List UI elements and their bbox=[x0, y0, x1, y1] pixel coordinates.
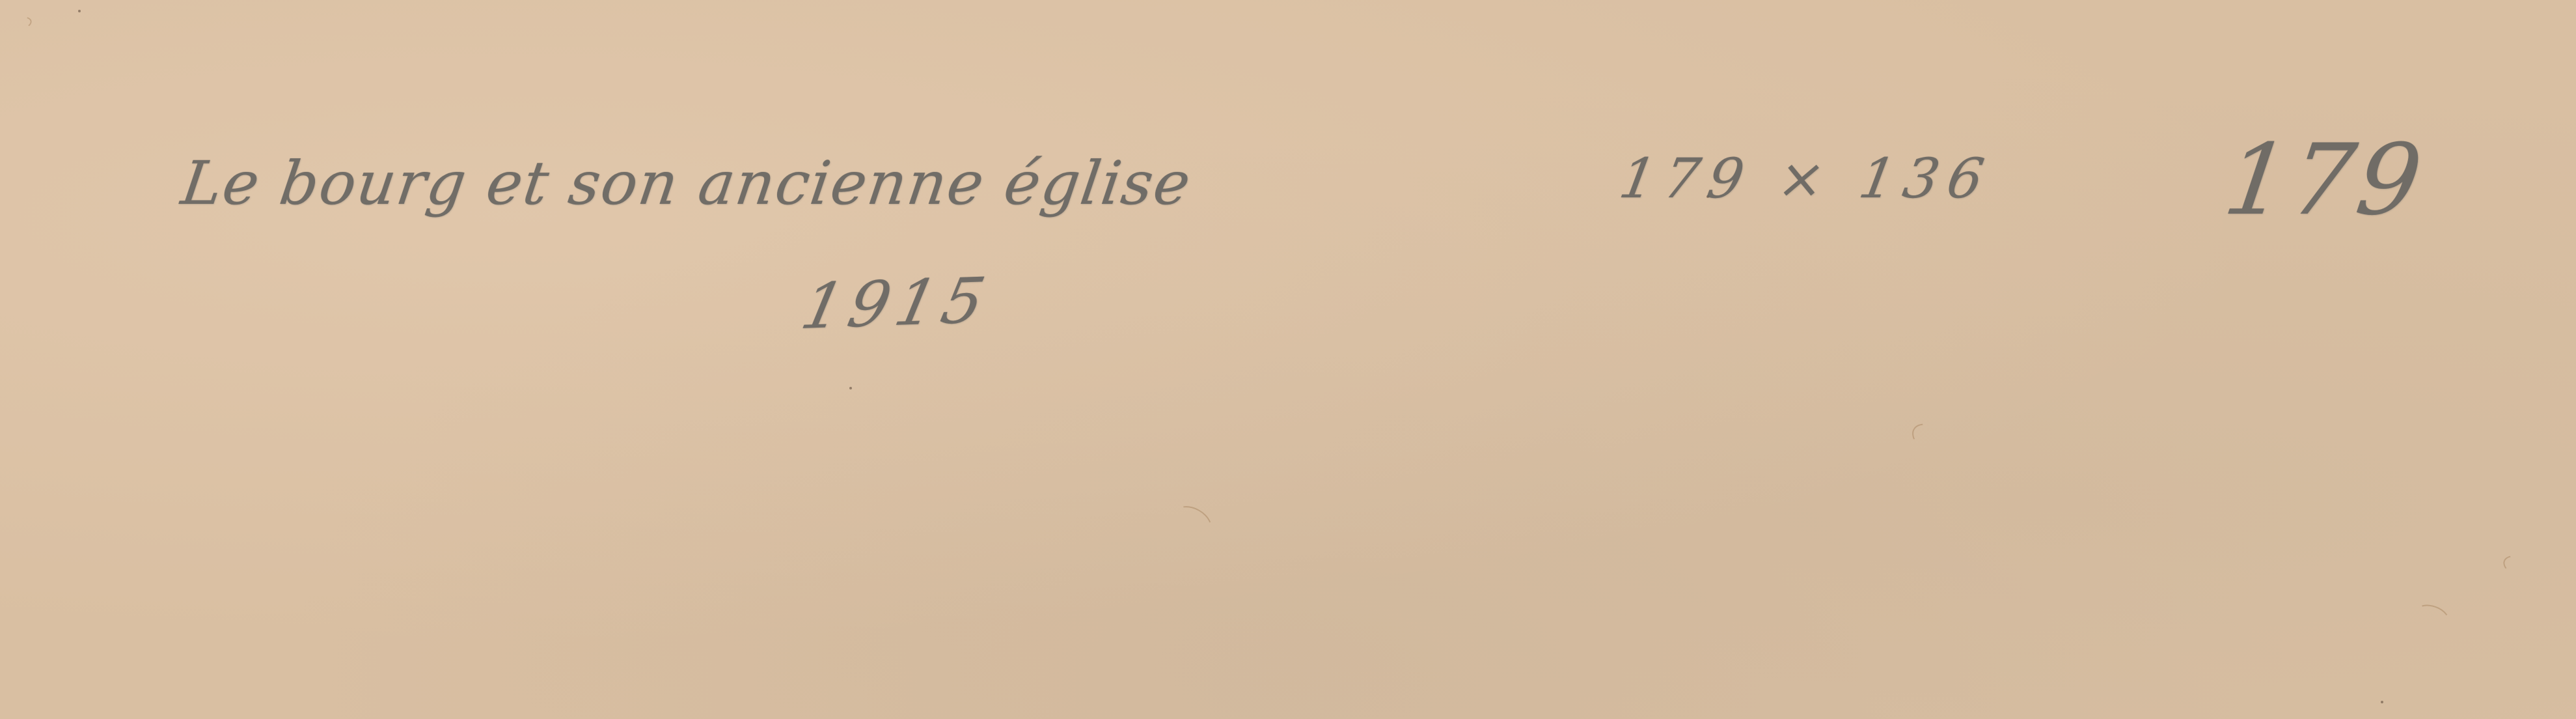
paper-speck bbox=[2381, 701, 2383, 703]
inscription-dimensions: 179 × 136 bbox=[1615, 147, 1997, 210]
paper-fiber bbox=[1906, 416, 1962, 465]
paper-fiber bbox=[2412, 600, 2452, 633]
inscription-title: Le bourg et son ancienne église bbox=[177, 148, 1196, 218]
paper-fiber bbox=[0, 13, 33, 35]
paper-fiber bbox=[2500, 550, 2547, 585]
inscription-year: 1915 bbox=[795, 264, 998, 343]
inscription-catalog-number: 179 bbox=[2218, 124, 2432, 237]
paper-fiber bbox=[1167, 500, 1217, 545]
paper-speck bbox=[78, 10, 81, 12]
paper-speck bbox=[849, 387, 852, 389]
paper-sheet: Le bourg et son ancienne église 179 × 13… bbox=[0, 0, 2576, 719]
